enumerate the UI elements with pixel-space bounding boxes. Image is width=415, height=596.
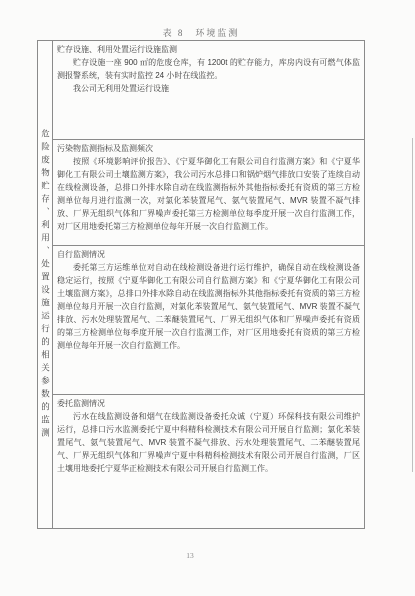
- table-row-header-cell: 危险废物贮存、利用、处置设施运行的相关参数的监测: [38, 41, 53, 528]
- section-commissioned-monitoring: 委托监测情况 污水在线监测设备和烟气在线监测设备委托众诚（宁夏）环保科技有限公司…: [53, 395, 364, 528]
- section-heading: 贮存设施、利用处置运行设施监测: [57, 43, 360, 56]
- section-heading: 委托监测情况: [57, 397, 360, 410]
- section-paragraph: 按照《环境影响评价报告》、《宁夏华御化工有限公司自行监测方案》和《宁夏华御化工有…: [57, 155, 360, 233]
- section-heading: 自行监测情况: [57, 248, 360, 261]
- section-paragraph: 贮存设施一座 900 ㎡的危废仓库，有 1200t 的贮存能力，库房内设有可燃气…: [57, 56, 360, 82]
- environmental-monitoring-table: 危险废物贮存、利用、处置设施运行的相关参数的监测 贮存设施、利用处置运行设施监测…: [37, 40, 365, 529]
- document-title: 表 8 环境监测: [37, 26, 365, 39]
- table-content-column: 贮存设施、利用处置运行设施监测 贮存设施一座 900 ㎡的危废仓库，有 1200…: [53, 41, 364, 528]
- section-self-monitoring: 自行监测情况 委托第三方运维单位对自动在线检测设备进行运行维护，确保自动在线检测…: [53, 246, 364, 395]
- row-header-vertical-label: 危险废物贮存、利用、处置设施运行的相关参数的监测: [38, 129, 53, 441]
- section-paragraph: 我公司无利用处置运行设施: [57, 82, 360, 95]
- scan-edge-artifact: [412, 138, 413, 472]
- section-paragraph: 委托第三方运维单位对自动在线检测设备进行运行维护，确保自动在线检测设备稳定运行，…: [57, 261, 360, 352]
- scanned-document-page: { "page": { "title": "表 8 环境监测", "page_n…: [0, 0, 415, 596]
- section-paragraph: 污水在线监测设备和烟气在线监测设备委托众诚（宁夏）环保科技有限公司维护运行，总排…: [57, 410, 360, 475]
- page-number: 13: [0, 551, 380, 560]
- section-storage-facility-monitoring: 贮存设施、利用处置运行设施监测 贮存设施一座 900 ㎡的危废仓库，有 1200…: [53, 41, 364, 140]
- section-heading: 污染物监测指标及监测频次: [57, 142, 360, 155]
- section-pollutant-indicators-frequency: 污染物监测指标及监测频次 按照《环境影响评价报告》、《宁夏华御化工有限公司自行监…: [53, 140, 364, 246]
